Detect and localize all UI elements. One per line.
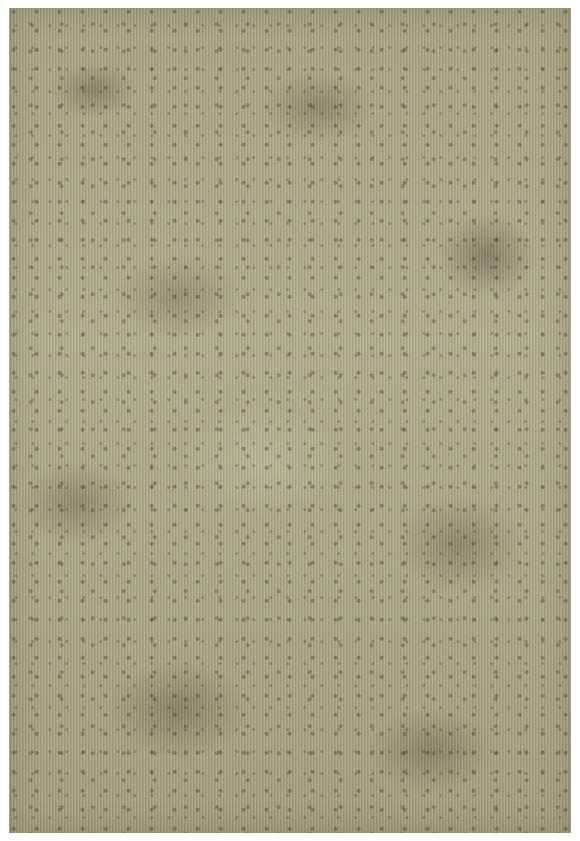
rug-photo bbox=[9, 8, 571, 833]
